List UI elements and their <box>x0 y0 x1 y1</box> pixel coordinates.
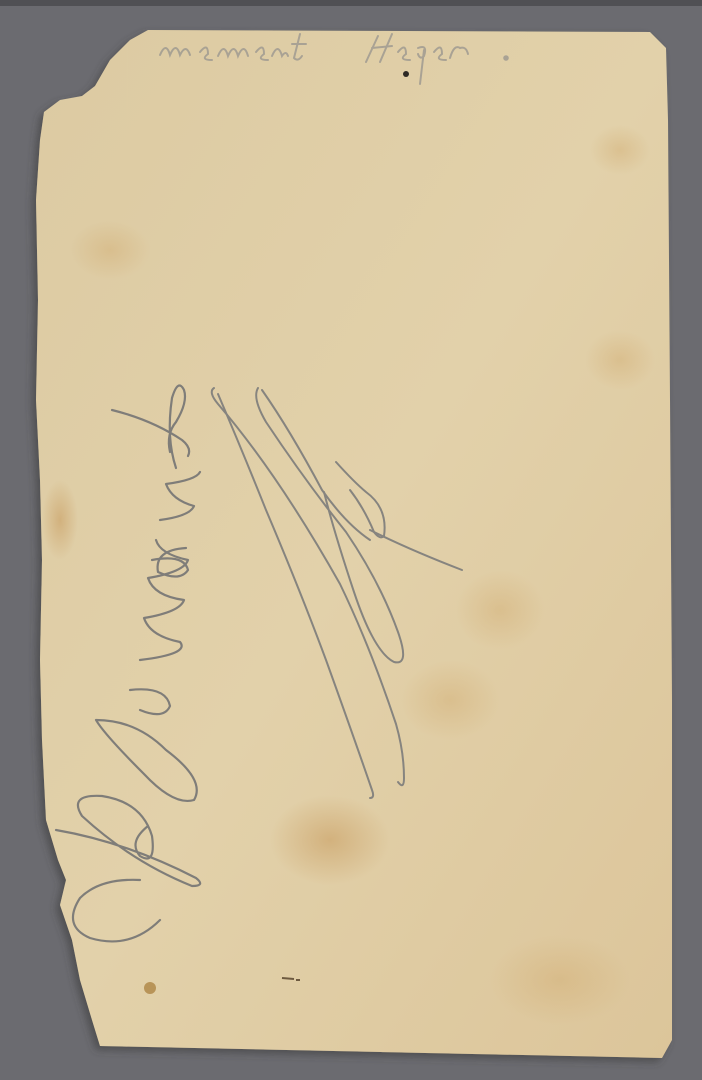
photo-scene: Clement Heger. Clement H <box>0 0 702 1080</box>
paper-artwork <box>0 0 702 1080</box>
